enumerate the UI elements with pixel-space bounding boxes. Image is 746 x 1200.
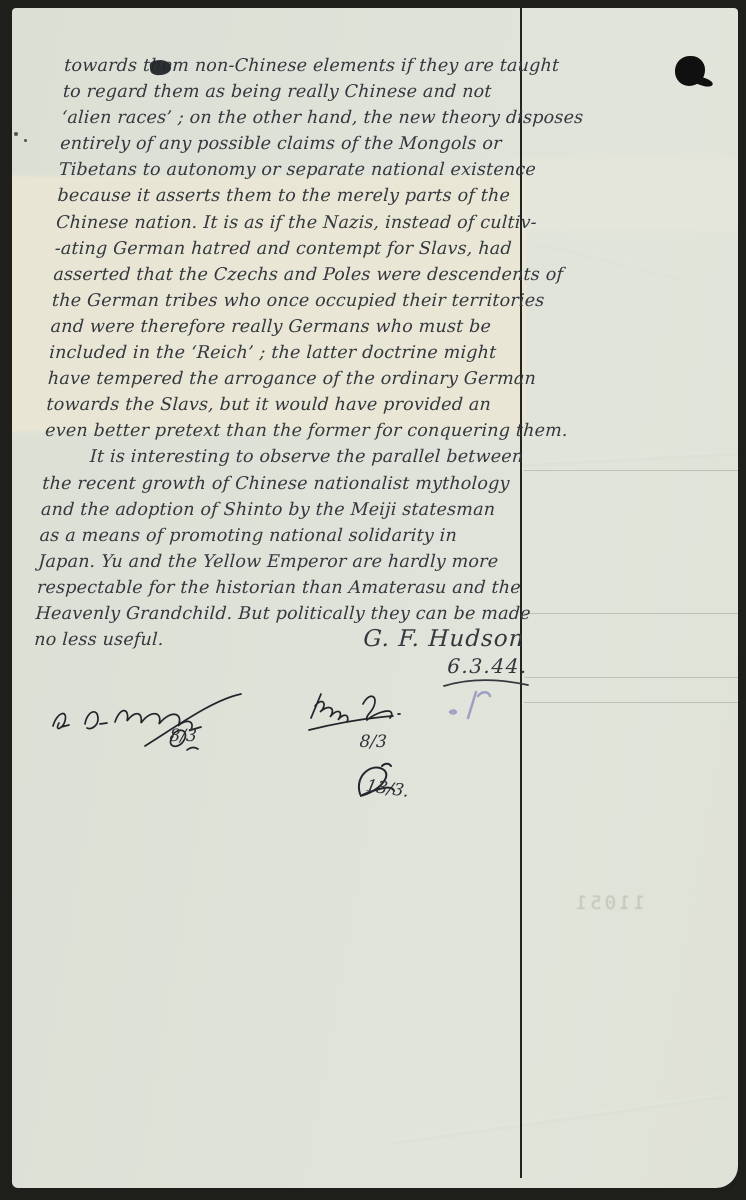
paper-speck	[14, 132, 18, 136]
letter-line: Tibetans to autonomy or separate nationa…	[58, 157, 529, 183]
left-approval-date: 8/3	[169, 726, 197, 746]
letter-line: the recent growth of Chinese nationalist…	[42, 471, 513, 497]
showthrough-rule	[524, 677, 738, 678]
letter-line: have tempered the arrogance of the ordin…	[47, 366, 518, 392]
punch-hole	[675, 56, 705, 86]
paper-sheet: towards them non-Chinese elements if the…	[12, 8, 738, 1188]
letter-line: to regard them as being really Chinese a…	[62, 79, 533, 105]
letter-line: entirely of any possible claims of the M…	[60, 131, 531, 157]
right-light-band	[512, 158, 738, 232]
author-date: 6.3.44.	[447, 654, 529, 678]
right-approval-date: 8/3	[359, 732, 387, 752]
letter-line: towards them non-Chinese elements if the…	[64, 53, 535, 79]
letter-line: respectable for the historian than Amate…	[36, 575, 507, 601]
letter-line: It is interesting to observe the paralle…	[43, 444, 514, 470]
letter-line: asserted that the Czechs and Poles were …	[53, 262, 524, 288]
right-approval-signature	[305, 688, 410, 743]
left-approval-signature	[45, 690, 265, 760]
letter-line: Heavenly Grandchild. But politically the…	[35, 601, 506, 627]
paper-crease	[393, 1092, 730, 1144]
blue-pencil-mark	[444, 686, 492, 728]
letter-line: because it asserts them to the merely pa…	[57, 183, 528, 209]
letter-line: included in the ‘Reich’ ; the latter doc…	[49, 340, 520, 366]
letter-line: Japan. Yu and the Yellow Emperor are har…	[38, 549, 509, 575]
letter-line: and were therefore really Germans who mu…	[50, 314, 521, 340]
showthrough-rule	[524, 702, 738, 703]
showthrough-rule	[524, 470, 738, 471]
author-signature: G. F. Hudson	[363, 626, 526, 652]
letter-line: as a means of promoting national solidar…	[39, 523, 510, 549]
letter-line: and the adoption of Shinto by the Meiji …	[40, 497, 511, 523]
letter-body: towards them non-Chinese elements if the…	[34, 53, 535, 653]
paper-crease	[517, 450, 738, 467]
letter-line: Chinese nation. It is as if the Nazis, i…	[55, 210, 526, 236]
letter-line: ‘alien races’ ; on the other hand, the n…	[61, 105, 532, 131]
scanned-page: towards them non-Chinese elements if the…	[0, 0, 746, 1200]
letter-line: the German tribes who once occupied thei…	[51, 288, 522, 314]
letter-line: -ating German hatred and contempt for Sl…	[54, 236, 525, 262]
letter-line: towards the Slavs, but it would have pro…	[46, 392, 517, 418]
showthrough-rule	[524, 613, 738, 614]
letter-line: even better pretext than the former for …	[44, 418, 515, 444]
showthrough-stamp-number: 11051	[545, 892, 645, 914]
paper-speck	[24, 139, 27, 142]
